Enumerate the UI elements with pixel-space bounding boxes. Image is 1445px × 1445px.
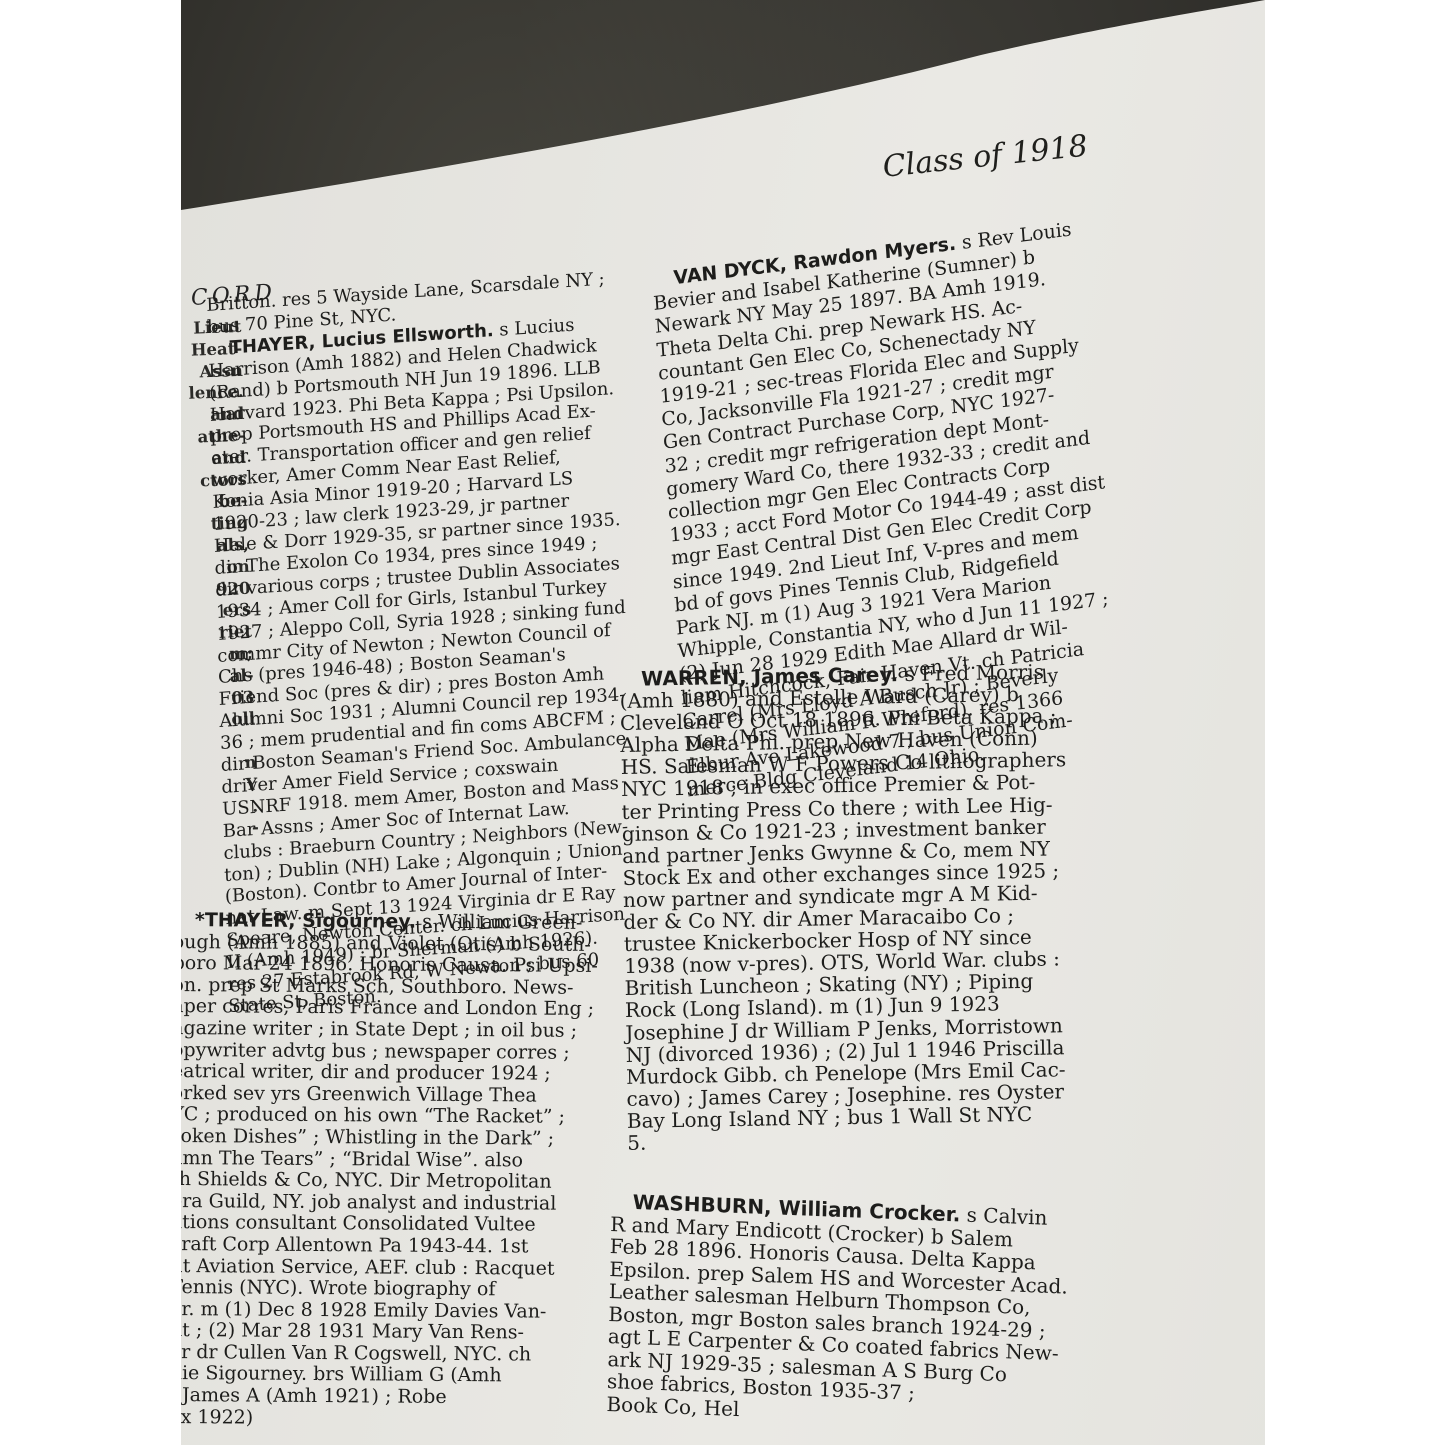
book-page-photo: CORD Class of 1918 LieutHeat-Assnlence.a… xyxy=(181,0,1265,1445)
entry-name: *THAYER, Sigourney. xyxy=(195,909,416,933)
book-page: CORD Class of 1918 LieutHeat-Assnlence.a… xyxy=(181,0,1265,1445)
right-column-entry-warren: WARREN, James Carey. s Fred Morris(Amh 1… xyxy=(619,659,1167,1154)
right-column-entry-washburn: WASHBURN, William Crocker. s CalvinR and… xyxy=(606,1190,1170,1436)
left-column-bottom: *THAYER, Sigourney. s William Green-ough… xyxy=(181,910,618,1431)
left-column-top: Britton. res 5 Wayside Lane, Scarsdale N… xyxy=(206,267,658,1018)
entry-line: ex 1922) xyxy=(181,1407,615,1432)
running-head-class-of-1918: Class of 1918 xyxy=(881,128,1089,184)
